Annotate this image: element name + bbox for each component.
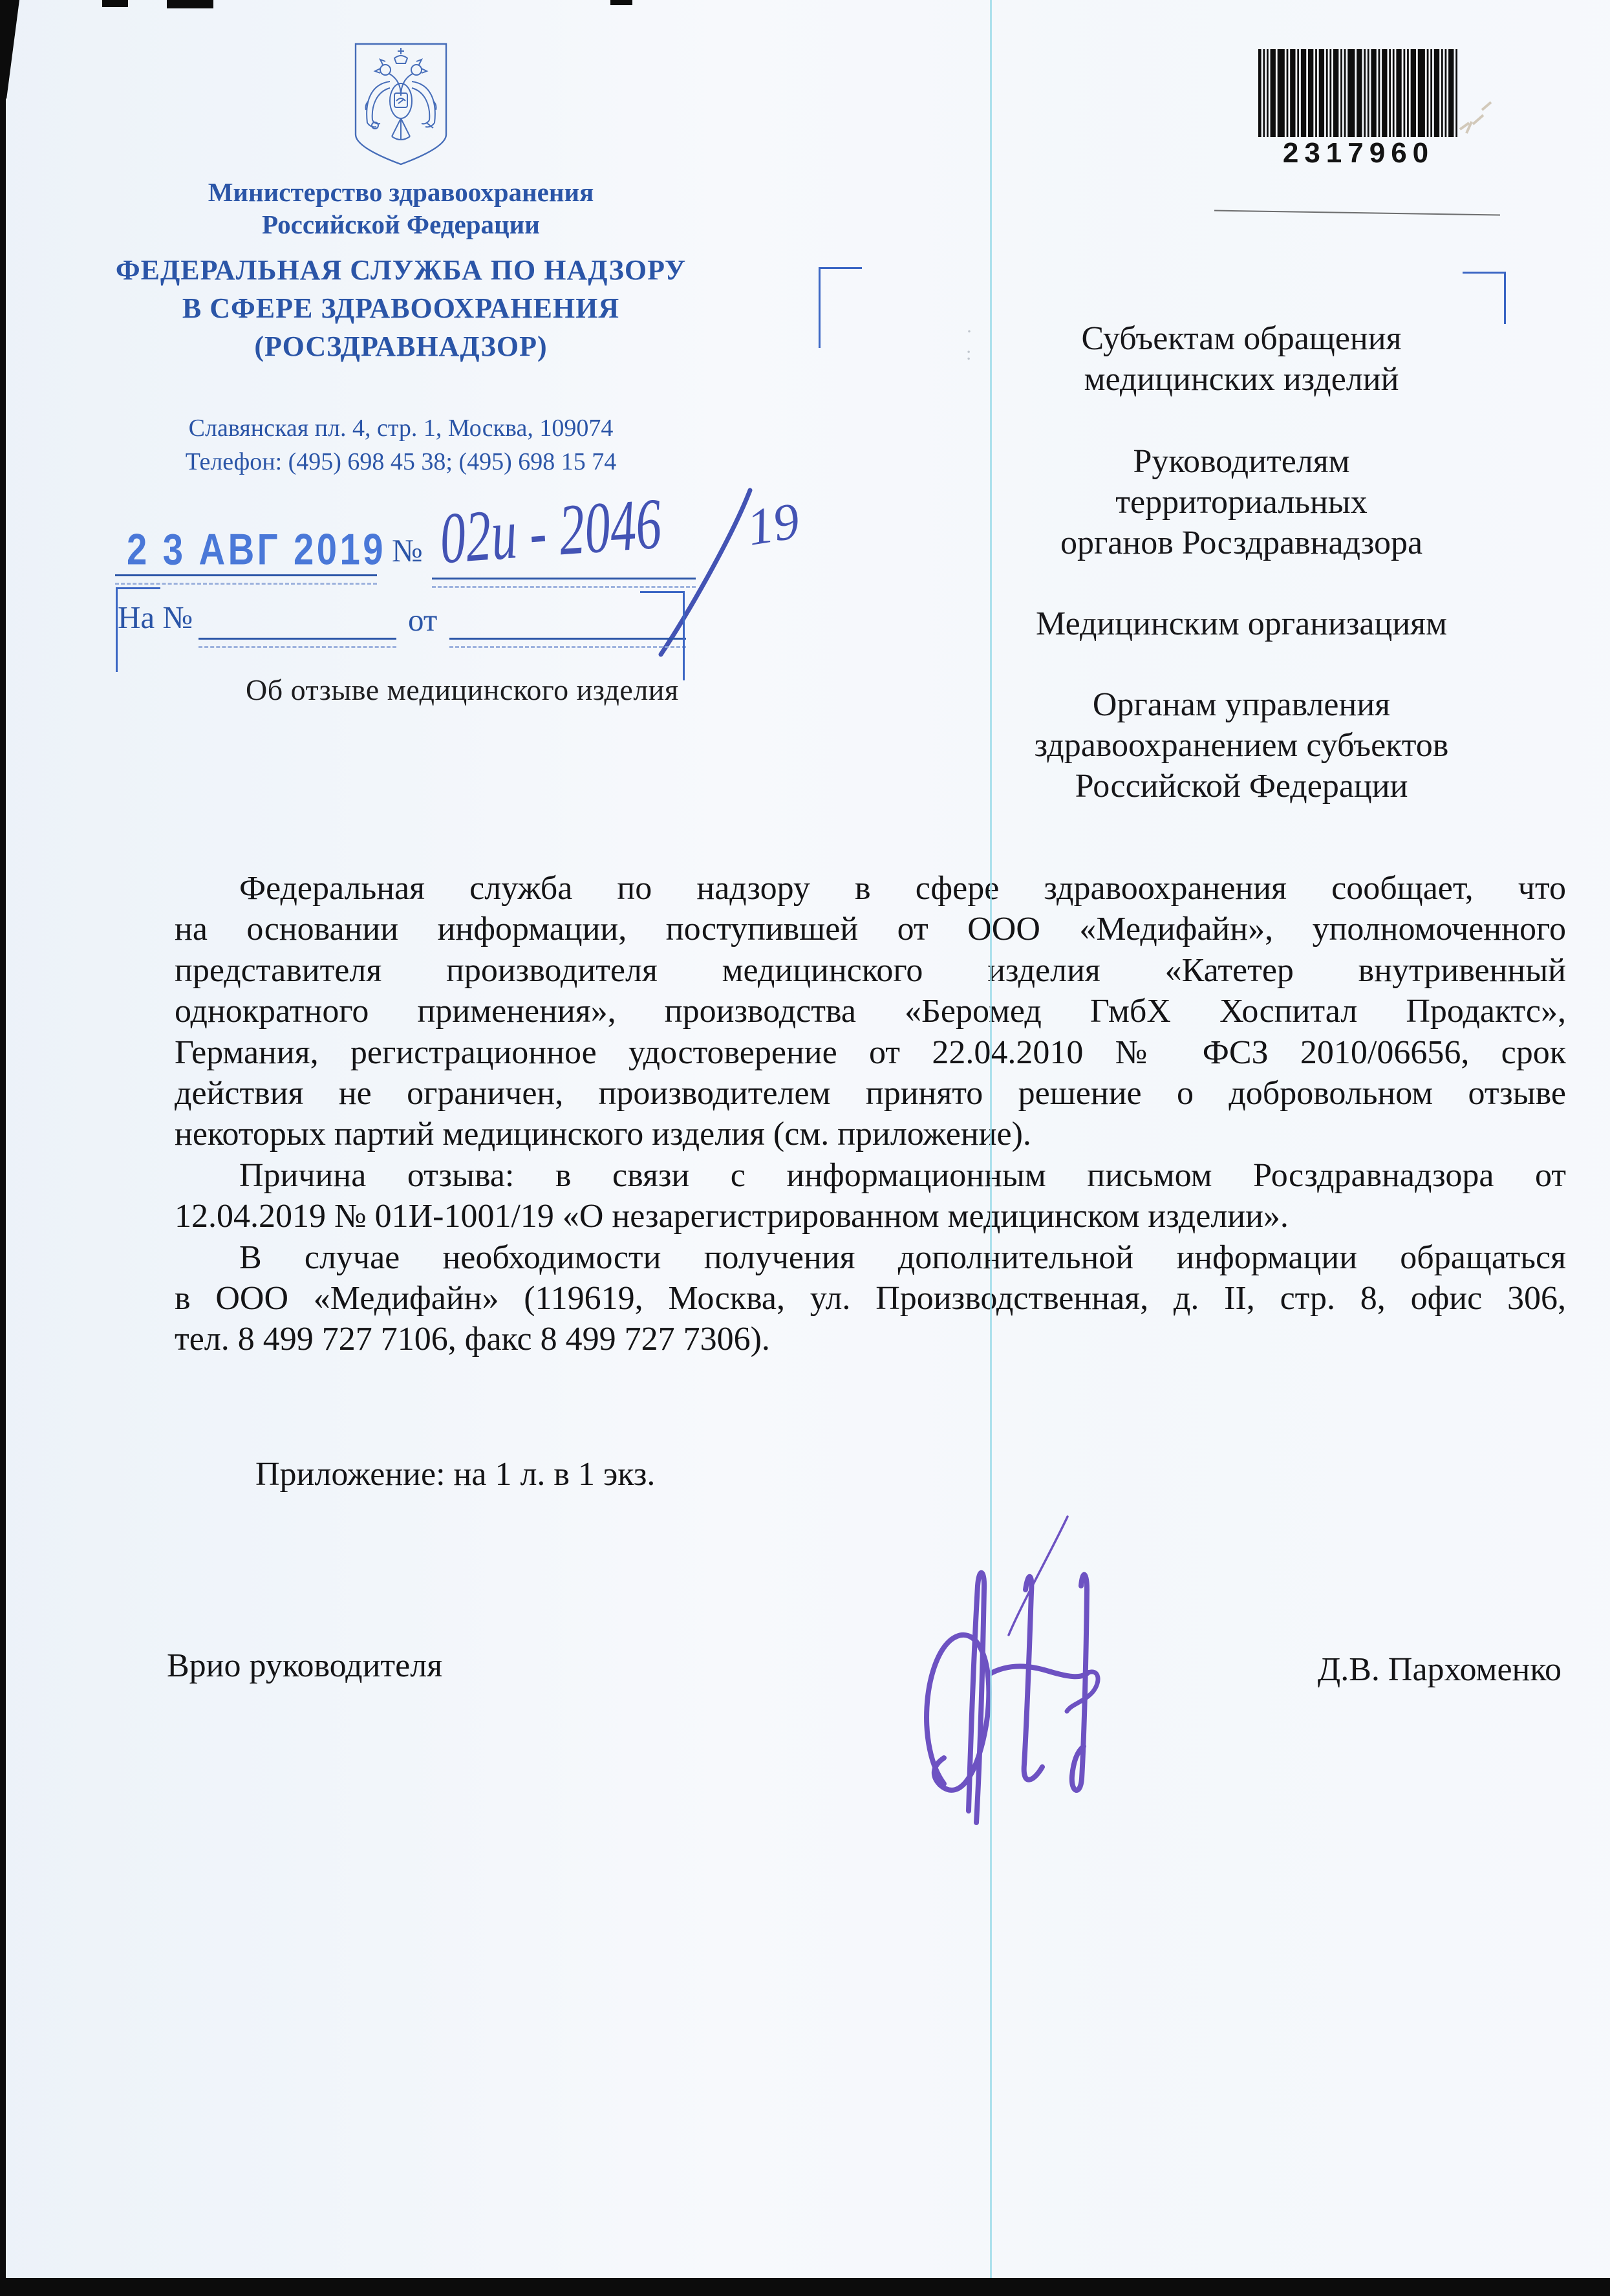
body-line: однократного применения», производства «… [175,991,1566,1032]
body-line: Германия, регистрационное удостоверение … [175,1032,1566,1073]
body-line: В случае необходимости получения дополни… [175,1237,1566,1278]
ministry-name: Министерство здравоохранения Российской … [110,176,692,241]
subject-corner-left-icon [116,587,160,672]
recipient-group: Медицинским организациям [970,603,1513,644]
reply-number-underline-shadow [199,646,396,648]
scan-edge-left [0,0,6,2296]
number-underline-shadow [432,586,696,588]
scan-edge-corner [0,0,19,103]
scanned-letter-page: Министерство здравоохранения Российской … [0,0,1610,2296]
phone-numbers: Телефон: (495) 698 45 38; (495) 698 15 7… [110,445,692,479]
recipient-group: Субъектам обращения медицинских изделий [970,318,1513,400]
scan-mark [610,0,632,5]
barcode-number: 2317960 [1258,137,1459,169]
subject-corner-right-icon [640,591,685,680]
service-name: ФЕДЕРАЛЬНАЯ СЛУЖБА ПО НАДЗОРУ В СФЕРЕ ЗД… [110,251,692,365]
recipient-line: территориальных [970,482,1513,523]
subject-line: Об отзыве медицинского изделия [246,673,679,707]
postal-address: Славянская пл. 4, стр. 1, Москва, 109074 [110,411,692,445]
body-line: в ООО «Медифайн» (119619, Москва, ул. Пр… [175,1278,1566,1319]
body-line: представителя производителя медицинского… [175,950,1566,991]
service-line2: В СФЕРЕ ЗДРАВООХРАНЕНИЯ [110,289,692,327]
number-underline [432,578,696,579]
recipient-line: Субъектам обращения [970,318,1513,359]
scan-edge-bottom [0,2278,1610,2296]
recipient-line: Медицинским организациям [970,603,1513,644]
reply-number-underline [199,638,396,640]
handwritten-signature [905,1507,1125,1830]
ministry-line1: Министерство здравоохранения [110,176,692,208]
addressee-corner-left-icon [819,267,862,348]
body-line: 12.04.2019 № 01И-1001/19 «О незарегистри… [175,1196,1566,1237]
body-line: некоторых партий медицинского изделия (с… [175,1114,1566,1154]
reply-from-date-label: от [408,601,437,638]
recipients-block: Субъектам обращения медицинских изделий … [970,318,1513,807]
number-sign-label: № [392,532,423,569]
recipient-line: органов Росздравнадзора [970,523,1513,563]
pencil-smudge [1454,96,1499,141]
handwritten-outgoing-number: 02и - 2046 [437,481,664,580]
recipient-line: Российской Федерации [970,766,1513,807]
contact-block: Славянская пл. 4, стр. 1, Москва, 109074… [110,411,692,479]
body-line: Федеральная служба по надзору в сфере зд… [175,868,1566,909]
signer-position: Врио руководителя [167,1647,442,1685]
letter-body: Федеральная служба по надзору в сфере зд… [175,868,1566,1360]
date-underline [115,574,377,576]
recipient-line: Руководителям [970,441,1513,482]
signer-name: Д.В. Пархоменко [1229,1651,1562,1689]
addressee-corner-right-icon [1463,272,1506,324]
body-line: тел. 8 499 727 7106, факс 8 499 727 7306… [175,1319,1566,1359]
recipient-line: здравоохранением субъектов [970,725,1513,766]
scan-mark [102,0,128,7]
body-line: Причина отзыва: в связи с информационным… [175,1155,1566,1196]
russia-coat-of-arms-icon [349,39,453,168]
recipient-line: медицинских изделий [970,359,1513,400]
scan-line-under-barcode [1214,210,1500,216]
scan-speck: ·: [966,321,972,365]
scan-mark [167,0,213,8]
recipient-line: Органам управления [970,684,1513,725]
ministry-line2: Российской Федерации [110,208,692,241]
registration-barcode [1258,49,1457,137]
recipient-group: Органам управления здравоохранением субъ… [970,684,1513,807]
date-stamp: 2 3 АВГ 2019 [127,524,386,574]
recipient-group: Руководителям территориальных органов Ро… [970,441,1513,563]
service-line1: ФЕДЕРАЛЬНАЯ СЛУЖБА ПО НАДЗОРУ [110,251,692,289]
body-line: на основании информации, поступившей от … [175,909,1566,949]
scanner-streak-line [990,0,992,2296]
body-line: действия не ограничен, производителем пр… [175,1073,1566,1114]
attachment-note: Приложение: на 1 л. в 1 экз. [255,1455,655,1493]
service-line3: (РОСЗДРАВНАДЗОР) [110,327,692,365]
date-underline-shadow [115,583,377,585]
